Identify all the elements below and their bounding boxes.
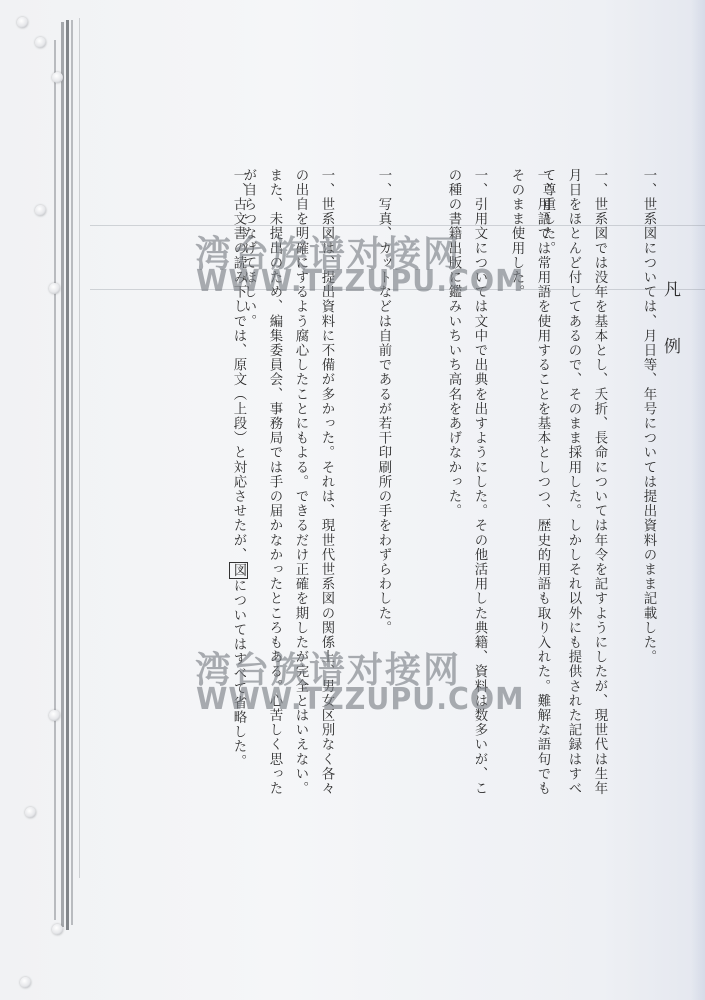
item-bullet: 一、 <box>592 168 607 197</box>
item-text: 写真、カットなどは自前であるが若干印刷所の手をわずらわした。 <box>376 197 391 635</box>
punch-hole <box>20 977 31 988</box>
punch-hole <box>52 72 63 83</box>
binding-line <box>79 18 80 878</box>
punch-hole <box>25 807 36 818</box>
item-text: 古文書の読み下しでは、原文（上段）と対応させたが、 <box>231 197 246 562</box>
item-bullet: 一、 <box>535 168 550 197</box>
item-text: 世系図については、月日等、年号については提出資料のまま記載した。 <box>641 197 656 664</box>
punch-hole <box>49 283 60 294</box>
scanned-page: 凡例 一、世系図については、月日等、年号については提出資料のまま記載した。 一、… <box>0 0 705 1000</box>
page-edge-shadow <box>691 0 705 1000</box>
item-bullet: 一、 <box>641 168 656 197</box>
note-item-1: 一、世系図については、月日等、年号については提出資料のまま記載した。 <box>631 168 661 808</box>
item-text: 用語では常用語を使用することを基本としつつ、歴史的用語も取り入れた。難解な語句で… <box>509 168 550 796</box>
binding-line <box>61 22 64 927</box>
page-title: 凡例 <box>658 280 683 394</box>
note-item-5: 一、写真、カットなどは自前であるが若干印刷所の手をわずらわした。 <box>366 168 396 808</box>
punch-hole <box>52 924 63 935</box>
punch-hole <box>17 17 28 28</box>
note-item-3: 一、用語では常用語を使用することを基本としつつ、歴史的用語も取り入れた。難解な語… <box>499 168 555 808</box>
binding-line <box>66 20 69 930</box>
binding-line <box>71 20 73 925</box>
item-bullet: 一、 <box>319 168 334 197</box>
item-bullet: 一、 <box>472 168 487 197</box>
item-bullet: 一、 <box>376 168 391 197</box>
note-item-7: 一、古文書の読み下しでは、原文（上段）と対応させたが、図についてはすべて省略した… <box>221 168 251 808</box>
note-item-4: 一、引用文については文中で出典を出すようにした。その他活用した典籍、資料は数多い… <box>436 168 492 808</box>
note-item-6: 一、世系図は、提出資料に不備が多かった。それは、現世代世系図の関係上、男女区別な… <box>255 168 339 808</box>
item-text: についてはすべて省略した。 <box>231 579 246 769</box>
item-text: 引用文については文中で出典を出すようにした。その他活用した典籍、資料は数多いが、… <box>446 168 487 796</box>
note-item-2: 一、世系図では没年を基本とし、夭折、長命については年令を記すようにしたが、現世代… <box>556 168 612 808</box>
boxed-character: 図 <box>229 562 248 579</box>
item-text: 世系図は、提出資料に不備が多かった。それは、現世代世系図の関係上、男女区別なく各… <box>241 168 334 796</box>
item-bullet: 一、 <box>231 168 246 197</box>
punch-hole <box>49 710 60 721</box>
punch-hole <box>35 37 46 48</box>
scan-fold-line <box>90 225 705 226</box>
punch-hole <box>35 205 46 216</box>
binding-line <box>54 40 56 920</box>
scan-fold-line <box>90 289 705 290</box>
